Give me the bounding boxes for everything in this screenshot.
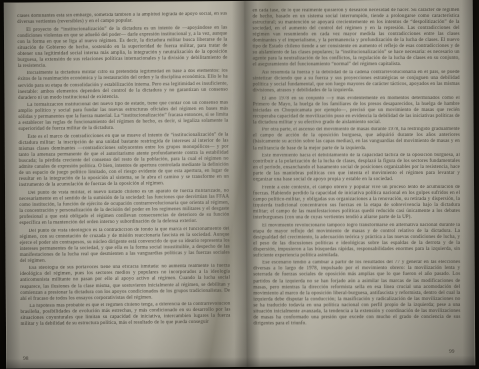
page-edge-shadow xyxy=(462,0,475,366)
paragraph: Del punto de vista militar, el nuevo Est… xyxy=(19,188,229,227)
paragraph: Frente a este contexto, el campo obrero … xyxy=(253,185,460,222)
paragraph: Este movimiento hacia el debilitamiento … xyxy=(253,153,460,184)
paragraph: en cada fase, de lo que realmente quisie… xyxy=(253,8,460,69)
paragraph: La hipótesis más probable es que el régi… xyxy=(20,302,230,329)
paragraph: La formalización institucional del nuevo… xyxy=(18,101,228,134)
paragraph: Así resumida la fuerza y la debilidad de… xyxy=(253,70,460,95)
paragraph: Ese escenario tendió a cambiar a partir … xyxy=(253,260,460,327)
paragraph: Inicialmente la dictadura militar cifró … xyxy=(18,69,228,102)
paragraph: El movimiento revolucionario tampoco log… xyxy=(253,222,460,259)
book-spread: clases dominantes está sin embargo, some… xyxy=(4,0,476,369)
paragraph: El proyecto de “institucionalización” de… xyxy=(17,25,227,70)
paragraph: Por otra parte, el ascenso del movimient… xyxy=(253,127,460,152)
paragraph: Este es el marco de contradicciones en q… xyxy=(18,133,229,190)
book-photo: clases dominantes está sin embargo, some… xyxy=(0,0,479,369)
left-page: clases dominantes está sin embargo, some… xyxy=(3,1,241,369)
paragraph: Del punto de vista ideológico es la cont… xyxy=(19,226,229,265)
right-page: en cada fase, de lo que realmente quisie… xyxy=(243,0,475,366)
page-number-left: 98 xyxy=(23,356,29,362)
paragraph: clases dominantes está sin embargo, some… xyxy=(17,12,227,26)
paragraph: Esa ideología de sus portavoces tiene un… xyxy=(20,264,230,303)
page-number-right: 99 xyxy=(449,349,455,355)
paragraph: El año 1978 en su conjunto —y más eviden… xyxy=(253,96,460,127)
